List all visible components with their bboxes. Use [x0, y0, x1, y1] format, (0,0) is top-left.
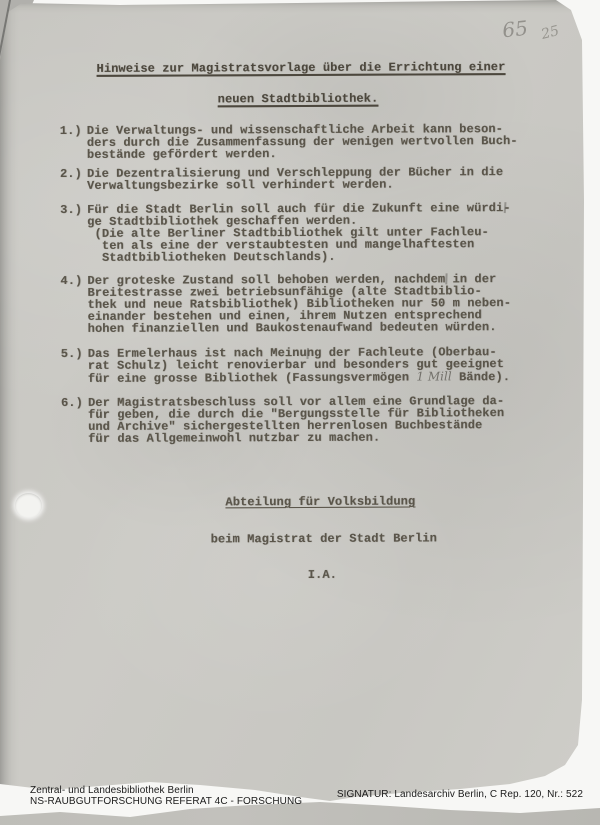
item-text-line: für das Allgemeinwohl nutzbar zu machen.	[88, 431, 504, 445]
item-number: 2.)	[60, 168, 82, 180]
archive-org-line2: NS-RAUBGUTFORSCHUNG REFERAT 4C - FORSCHU…	[30, 797, 302, 808]
item-number: 3.)	[60, 204, 82, 216]
item-number: 1.)	[60, 125, 82, 137]
pencil-mark	[445, 273, 447, 284]
document-text-layer: 65 25 Hinweise zur Magistratsvorlage übe…	[0, 0, 600, 825]
item-number: 5.)	[61, 348, 83, 360]
scanned-document-page: 65 25 Hinweise zur Magistratsvorlage übe…	[0, 0, 600, 825]
archive-org-line1: Zentral- und Landesbibliothek Berlin	[30, 786, 302, 797]
signature-block: Abteilung für Volksbildung beim Magistra…	[210, 471, 437, 605]
signature-abbrev: I.A.	[308, 568, 437, 581]
list-item: 1.)Die Verwaltungs- und wissenschaftlich…	[60, 123, 518, 161]
item-number: 6.)	[61, 397, 83, 409]
handwritten-annotation: 25	[540, 23, 561, 43]
item-text-line: Verwaltungsbezirke soll verhindert werde…	[87, 178, 503, 192]
list-item: 6.)Der Magistratsbeschluss soll vor alle…	[61, 395, 504, 445]
signature-department: Abteilung für Volksbildung	[225, 495, 436, 508]
signature-authority: beim Magistrat der Stadt Berlin	[211, 532, 437, 545]
document-title-line2: neuen Stadtbibliothek.	[218, 93, 379, 106]
item-text-line: hohen finanziellen und Baukostenaufwand …	[88, 321, 512, 335]
items: 1.)Die Verwaltungs- und wissenschaftlich…	[0, 0, 598, 1]
list-item: 2.)Die Dezentralisierung und Verschleppu…	[60, 166, 503, 192]
archive-footer-left: Zentral- und Landesbibliothek Berlin NS-…	[30, 786, 302, 807]
item-number: 4.)	[60, 275, 82, 287]
item-text-line: Stadtbibliotheken Deutschlands).	[87, 250, 511, 264]
list-item: 3.)Für die Stadt Berlin soll auch für di…	[60, 202, 511, 264]
document-title-line1: Hinweise zur Magistratsvorlage über die …	[96, 61, 505, 75]
list-item: 4.)Der groteske Zustand soll behoben wer…	[60, 273, 511, 335]
item-text-line: bestände gefördert werden.	[87, 147, 518, 161]
handwritten-insertion: 1 Mill	[416, 369, 451, 383]
item-text-line: für eine grosse Bibliothek (Fassungsverm…	[88, 370, 510, 385]
archive-signature-reference: SIGNATUR: Landesarchiv Berlin, C Rep. 12…	[337, 789, 583, 800]
list-item: 5.)Das Ermelerhaus ist nach Meinung der …	[61, 346, 510, 385]
handwritten-annotation: 65	[501, 16, 529, 43]
